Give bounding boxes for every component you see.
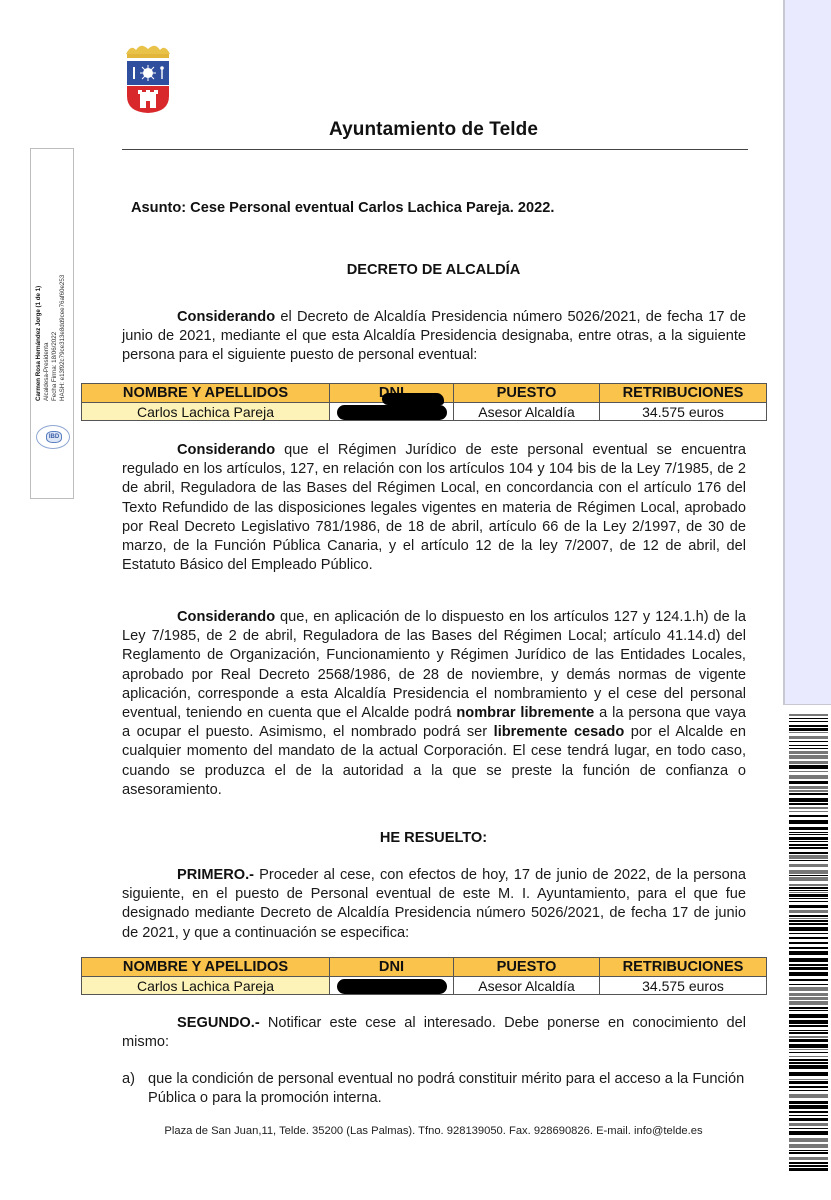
cell-puesto: Asesor Alcaldía [454,403,600,421]
col-header-dni: DNI [330,958,454,977]
cell-retribuciones: 34.575 euros [600,403,767,421]
col-header-name: NOMBRE Y APELLIDOS [82,958,330,977]
lead-word: Considerando [177,309,275,325]
col-header-name: NOMBRE Y APELLIDOS [82,384,330,403]
seal-label: IBD [46,431,62,443]
cell-dni-redacted [330,977,454,995]
organization-title: Ayuntamiento de Telde [120,119,747,141]
paragraph-considerando-3: Considerando que, en aplicación de lo di… [122,608,746,800]
col-header-retribuciones: RETRIBUCIONES [600,384,767,403]
seal-icon: IBD [36,425,70,449]
redaction-mark [382,393,444,405]
col-header-puesto: PUESTO [454,958,600,977]
signer-role: Alcaldesa-Presidenta [43,241,51,401]
list-marker: a) [122,1070,135,1089]
electronic-signature-stamp: Carmen Rosa Hernández Jorge (1 de 1) Alc… [30,148,74,499]
paragraph-primero: PRIMERO.- Proceder al cese, con efectos … [122,866,746,943]
crown-icon [126,46,170,58]
list-item: a) que la condición de personal eventual… [122,1070,746,1108]
redaction-mark [337,979,447,994]
paragraph-considerando-1: Considerando el Decreto de Alcaldía Pres… [122,308,746,366]
signature-hash: HASH: e13f92c79ce313e8dd9cee76af60e253 [59,241,67,401]
side-panel [783,0,831,705]
barcode-icon [789,714,828,1174]
col-header-retribuciones: RETRIBUCIONES [600,958,767,977]
cell-name: Carlos Lachica Pareja [82,977,330,995]
table-header-row: NOMBRE Y APELLIDOS DNI PUESTO RETRIBUCIO… [82,958,767,977]
signature-details: Carmen Rosa Hernández Jorge (1 de 1) Alc… [35,241,73,401]
resolved-heading: HE RESUELTO: [120,830,747,846]
footer-address: Plaza de San Juan,11, Telde. 35200 (Las … [120,1125,747,1137]
cell-dni-redacted [330,403,454,421]
cell-retribuciones: 34.575 euros [600,977,767,995]
list-item-text: que la condición de personal eventual no… [148,1070,746,1108]
table-row: Carlos Lachica Pareja Asesor Alcaldía 34… [82,977,767,995]
header-divider [122,149,748,150]
staff-table-dismissal: NOMBRE Y APELLIDOS DNI PUESTO RETRIBUCIO… [81,957,767,995]
col-header-puesto: PUESTO [454,384,600,403]
decree-title: DECRETO DE ALCALDÍA [120,262,747,278]
paragraph-considerando-2: Considerando que el Régimen Jurídico de … [122,441,746,575]
document-subject: Asunto: Cese Personal eventual Carlos La… [131,200,554,216]
signer-name: Carmen Rosa Hernández Jorge (1 de 1) [35,241,43,401]
signature-date: Fecha Firma: 18/06/2022 [51,241,59,401]
cell-puesto: Asesor Alcaldía [454,977,600,995]
table-row: Carlos Lachica Pareja Asesor Alcaldía 34… [82,403,767,421]
redaction-mark [337,405,447,420]
cell-name: Carlos Lachica Pareja [82,403,330,421]
paragraph-segundo: SEGUNDO.- Notificar este cese al interes… [122,1014,746,1052]
coat-of-arms-logo [123,40,173,115]
